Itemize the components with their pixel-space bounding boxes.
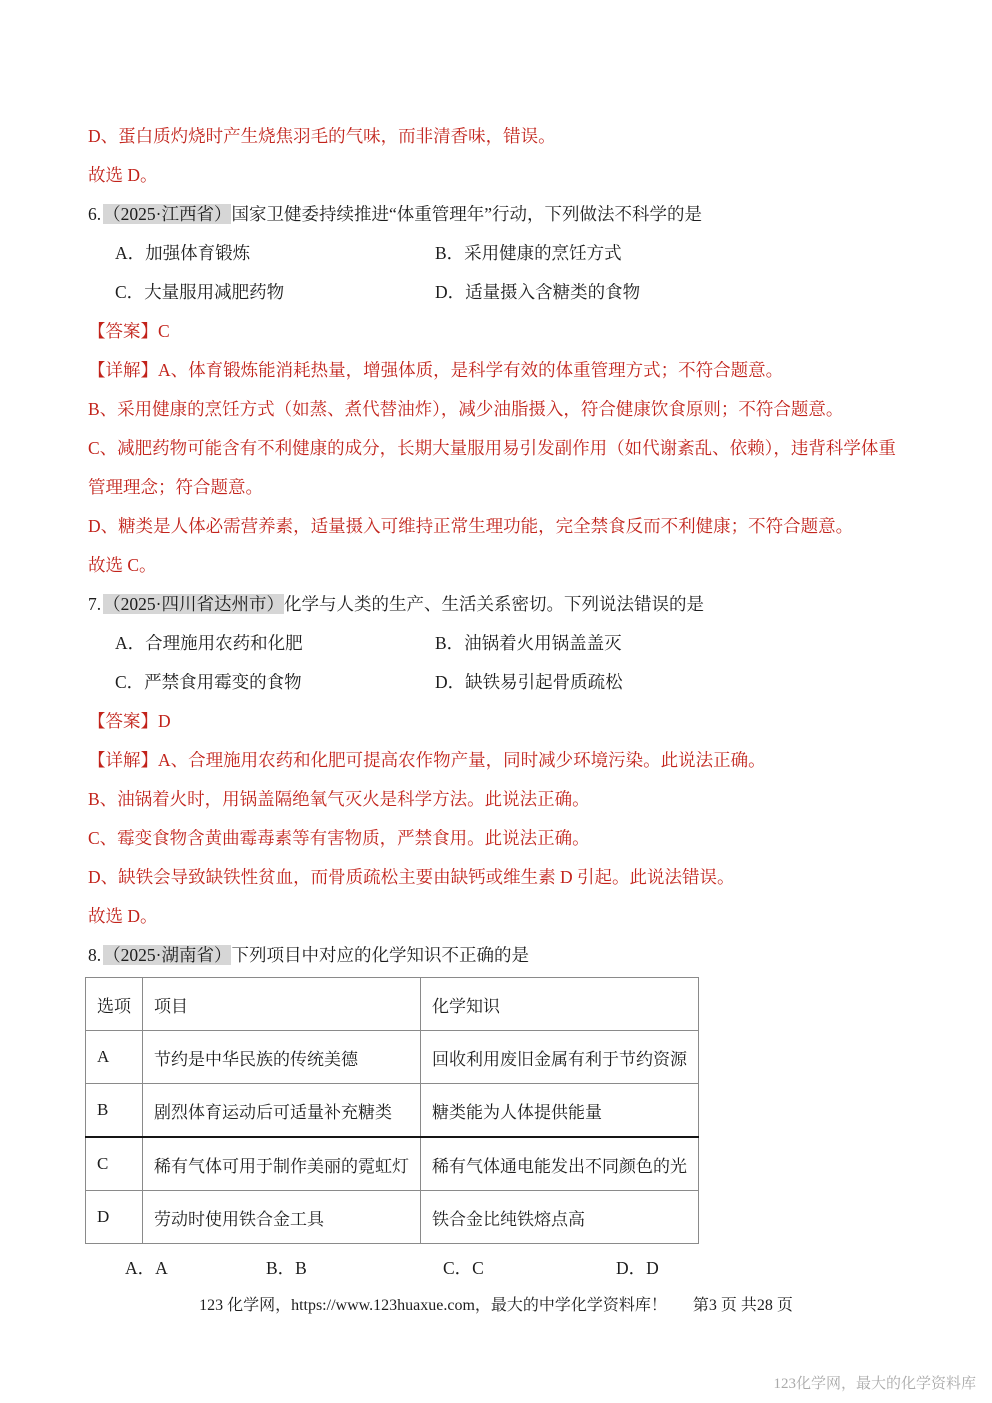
q8-cell: D — [86, 1191, 143, 1244]
question-7-options: A．合理施用农药和化肥 B．油锅着火用锅盖盖灭 C．严禁食用霉变的食物 D．缺铁… — [88, 624, 920, 702]
question-6-text: 国家卫健委持续推进“体重管理年”行动，下列做法不科学的是 — [231, 204, 702, 224]
page-content: D、蛋白质灼烧时产生烧焦羽毛的气味，而非清香味，错误。 故选 D。 6.（202… — [88, 117, 920, 1284]
q8-cell: A — [86, 1031, 143, 1084]
q8-option-b: B．B — [266, 1255, 307, 1280]
q8-table-header-row: 选项 项目 化学知识 — [86, 978, 699, 1031]
q8-cell: C — [86, 1137, 143, 1191]
q7-answer: 【答案】D — [88, 702, 920, 741]
q6-option-c: C．大量服用减肥药物 — [115, 273, 435, 312]
q8-cell: 稀有气体通电能发出不同颜色的光 — [421, 1137, 699, 1191]
question-8-options: A．A B．B C．C D．D — [88, 1250, 920, 1284]
question-6-source-tag: （2025·江西省） — [103, 204, 231, 224]
q8-table-row-c: C 稀有气体可用于制作美丽的霓虹灯 稀有气体通电能发出不同颜色的光 — [86, 1137, 699, 1191]
q8-cell: 稀有气体可用于制作美丽的霓虹灯 — [143, 1137, 421, 1191]
q6-explain-line: 管理理念；符合题意。 — [88, 468, 920, 507]
footer-site-text: 123 化学网，https://www.123huaxue.com，最大的中学化… — [199, 1297, 667, 1314]
q8-cell: B — [86, 1084, 143, 1138]
q7-explain-line: C、霉变食物含黄曲霉毒素等有害物质，严禁食用。此说法正确。 — [88, 819, 920, 858]
q7-explain-line: 【详解】A、合理施用农药和化肥可提高农作物产量，同时减少环境污染。此说法正确。 — [88, 741, 920, 780]
q7-explain-line: B、油锅着火时，用锅盖隔绝氧气灭火是科学方法。此说法正确。 — [88, 780, 920, 819]
question-7-text: 化学与人类的生产、生活关系密切。下列说法错误的是 — [284, 594, 704, 614]
q8-cell: 剧烈体育运动后可适量补充糖类 — [143, 1084, 421, 1138]
question-7-stem: 7.（2025·四川省达州市）化学与人类的生产、生活关系密切。下列说法错误的是 — [88, 585, 920, 624]
question-6-number: 6. — [88, 204, 101, 224]
q8-option-c: C．C — [443, 1255, 484, 1280]
prev-explanation-line-d: D、蛋白质灼烧时产生烧焦羽毛的气味，而非清香味，错误。 — [88, 117, 920, 156]
q6-explain-line: D、糖类是人体必需营养素，适量摄入可维持正常生理功能，完全禁食反而不利健康；不符… — [88, 507, 920, 546]
prev-choice-line: 故选 D。 — [88, 156, 920, 195]
question-8-stem: 8.（2025·湖南省）下列项目中对应的化学知识不正确的是 — [88, 936, 920, 975]
q8-table-row-a: A 节约是中华民族的传统美德 回收利用废旧金属有利于节约资源 — [86, 1031, 699, 1084]
q6-explain-line: C、减肥药物可能含有不利健康的成分，长期大量服用易引发副作用（如代谢紊乱、依赖）… — [88, 429, 920, 468]
question-7-source-tag: （2025·四川省达州市） — [103, 594, 284, 614]
question-8-number: 8. — [88, 945, 101, 965]
q8-table-row-b: B 剧烈体育运动后可适量补充糖类 糖类能为人体提供能量 — [86, 1084, 699, 1138]
q8-cell: 铁合金比纯铁熔点高 — [421, 1191, 699, 1244]
question-8-source-tag: （2025·湖南省） — [103, 945, 231, 965]
q6-choice-line: 故选 C。 — [88, 546, 920, 585]
question-6-stem: 6.（2025·江西省）国家卫健委持续推进“体重管理年”行动，下列做法不科学的是 — [88, 195, 920, 234]
q6-option-b: B．采用健康的烹饪方式 — [435, 234, 920, 273]
q6-option-a: A．加强体育锻炼 — [115, 234, 435, 273]
q8-cell: 劳动时使用铁合金工具 — [143, 1191, 421, 1244]
q7-option-b: B．油锅着火用锅盖盖灭 — [435, 624, 920, 663]
q8-table-row-d: D 劳动时使用铁合金工具 铁合金比纯铁熔点高 — [86, 1191, 699, 1244]
document-page: D、蛋白质灼烧时产生烧焦羽毛的气味，而非清香味，错误。 故选 D。 6.（202… — [0, 0, 992, 1403]
question-7-number: 7. — [88, 594, 101, 614]
q8-cell: 糖类能为人体提供能量 — [421, 1084, 699, 1138]
q6-explain-line: 【详解】A、体育锻炼能消耗热量，增强体质，是科学有效的体重管理方式；不符合题意。 — [88, 351, 920, 390]
page-footer: 123 化学网，https://www.123huaxue.com，最大的中学化… — [0, 1292, 992, 1315]
q8-table: 选项 项目 化学知识 A 节约是中华民族的传统美德 回收利用废旧金属有利于节约资… — [85, 977, 699, 1244]
footer-page-number: 第3 页 共28 页 — [693, 1297, 793, 1314]
q8-cell: 节约是中华民族的传统美德 — [143, 1031, 421, 1084]
q8-header-knowledge: 化学知识 — [421, 978, 699, 1031]
q7-option-c: C．严禁食用霉变的食物 — [115, 663, 435, 702]
q7-explain-line: D、缺铁会导致缺铁性贫血，而骨质疏松主要由缺钙或维生素 D 引起。此说法错误。 — [88, 858, 920, 897]
q8-option-d: D．D — [616, 1255, 659, 1280]
question-6-options: A．加强体育锻炼 B．采用健康的烹饪方式 C．大量服用减肥药物 D．适量摄入含糖… — [88, 234, 920, 312]
q8-cell: 回收利用废旧金属有利于节约资源 — [421, 1031, 699, 1084]
q7-option-a: A．合理施用农药和化肥 — [115, 624, 435, 663]
q8-header-project: 项目 — [143, 978, 421, 1031]
corner-watermark: 123化学网，最大的化学资料库 — [773, 1372, 976, 1393]
q8-option-a: A．A — [125, 1255, 168, 1280]
question-8-text: 下列项目中对应的化学知识不正确的是 — [231, 945, 529, 965]
q8-header-option: 选项 — [86, 978, 143, 1031]
q6-explain-line: B、采用健康的烹饪方式（如蒸、煮代替油炸），减少油脂摄入，符合健康饮食原则；不符… — [88, 390, 920, 429]
q7-choice-line: 故选 D。 — [88, 897, 920, 936]
q6-option-d: D．适量摄入含糖类的食物 — [435, 273, 920, 312]
q7-option-d: D．缺铁易引起骨质疏松 — [435, 663, 920, 702]
q6-answer: 【答案】C — [88, 312, 920, 351]
